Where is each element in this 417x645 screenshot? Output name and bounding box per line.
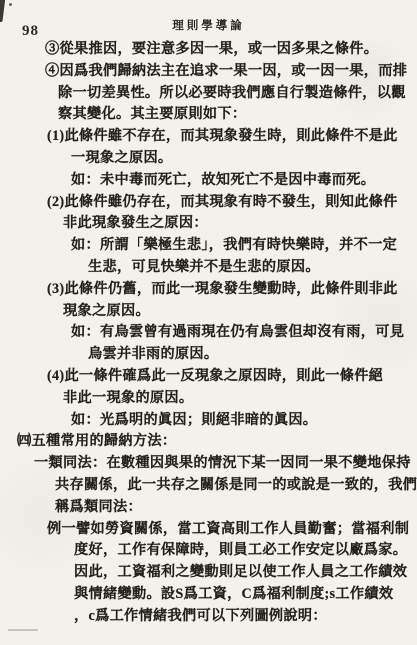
text-line: 非此一現象的原因。 [0,388,417,410]
text-line: 如：所謂「樂極生悲」，我們有時快樂時，并不一定 [0,235,417,257]
body-text: ③從果推因，要注意多因一果，或一因多果之條件。④因爲我們歸納法主在追求一果一因，… [0,39,417,628]
text-line: 共存關係，此一共存之關係是同一的或說是一致的，我們 [0,475,417,497]
text-line: (1)此條件雖不存在，而其現象發生時，則此條件不是此 [0,126,417,148]
text-line: 如：未中毒而死亡，故知死亡不是因中毒而死。 [0,170,417,192]
text-line: 如：有烏雲曾有過雨現在仍有烏雲但却沒有雨，可見 [0,322,417,344]
text-line: ④因爲我們歸納法主在追求一果一因，或一因一果，而排 [0,61,417,83]
text-line: 稱爲類同法： [0,497,417,519]
text-line: 察其變化。其主要原則如下： [0,104,417,126]
text-line: 一現象之原因。 [0,148,417,170]
text-line: 如：光爲明的眞因；則絕非暗的眞因。 [0,410,417,432]
text-line: 現象之原因。 [0,301,417,323]
text-line: ，c爲工作情緒我們可以下列圖例說明： [0,606,417,628]
text-line: 例一譬如勞資關係，當工資高則工作人員勤奮；當福利制 [0,519,417,541]
text-line: 度好，工作有保障時，則員工必工作安定以廠爲家。 [0,540,417,562]
text-line: 非此現象發生之原因： [0,213,417,235]
text-line: ③從果推因，要注意多因一果，或一因多果之條件。 [0,39,417,61]
page-number: 98 [22,23,39,40]
scan-artifact-dot [9,3,12,6]
text-line: 一類同法：在數種因與果的情況下某一因同一果不變地保持 [0,453,417,475]
text-line: ㈣五種常用的歸納方法： [0,431,417,453]
scanned-book-page: 理則學導論 98 ③從果推因，要注意多因一果，或一因多果之條件。④因爲我們歸納法… [0,0,417,645]
text-line: (3)此條件仍舊，而此一現象發生變動時，此條件則非此 [0,279,417,301]
scan-artifact-line [8,629,38,631]
text-line: 因此，工資福利之變動則足以使工作人員之工作績效 [0,562,417,584]
text-line: (4)此一條件確爲此一反現象之原因時，則此一條件絕 [0,366,417,388]
text-line: (2)此條件雖仍存在，而其現象有時不發生，則知此條件 [0,192,417,214]
text-line: 烏雲并非雨的原因。 [0,344,417,366]
text-line: 與情緒變動。設S爲工資，C爲福利制度;s工作績效 [0,584,417,606]
text-line: 生悲，可見快樂并不是生悲的原因。 [0,257,417,279]
text-line: 除一切差異性。所以必要時我們應自行製造條件，以觀 [0,83,417,105]
running-header-title: 理則學導論 [0,17,417,33]
